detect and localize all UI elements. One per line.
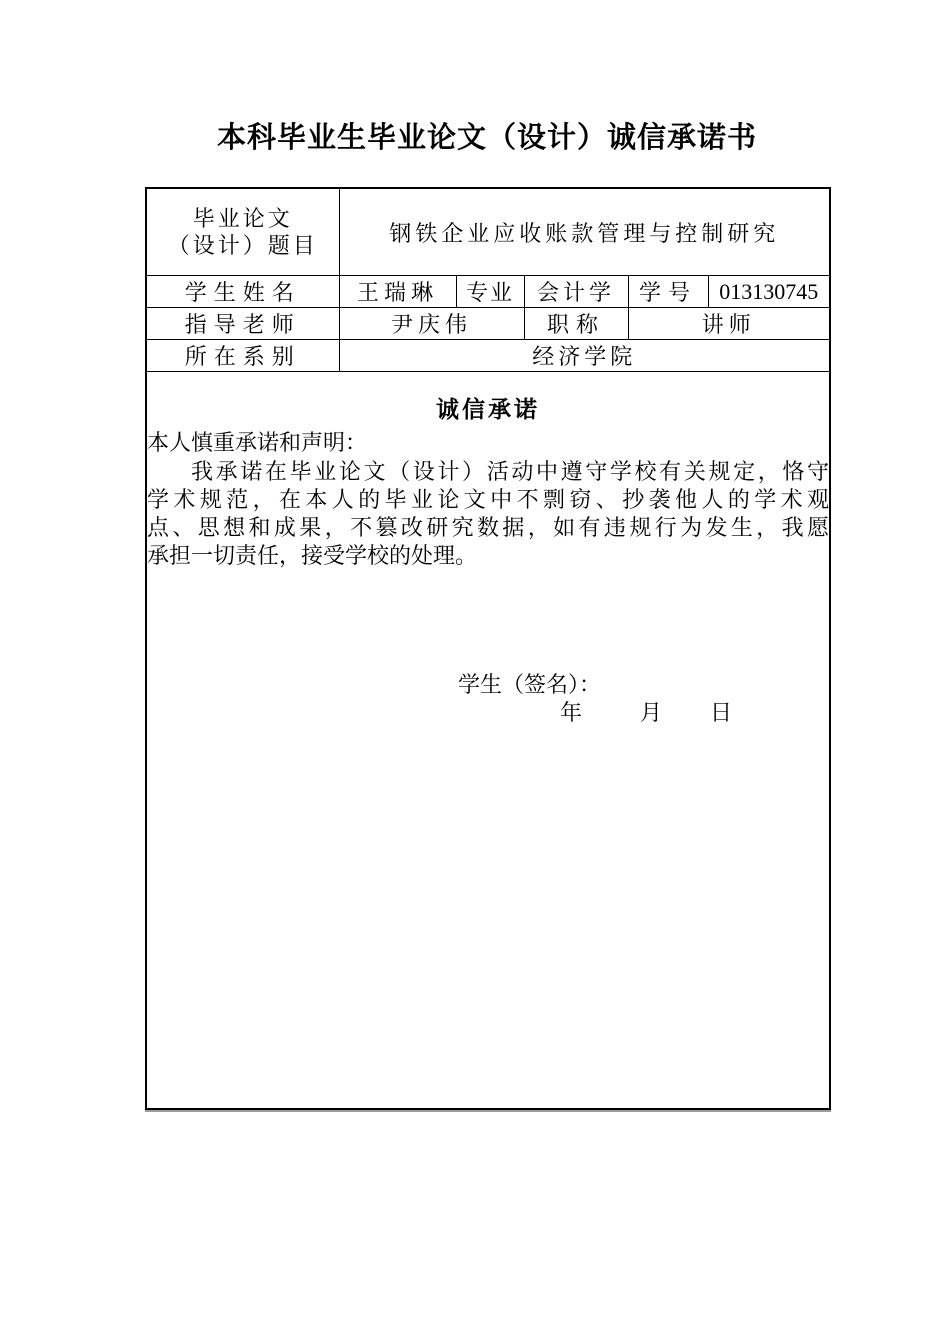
advisor-title-value: 讲师 [628,308,830,340]
student-signature-label: 学生（签名）： [458,672,601,697]
advisor-row: 指导老师 尹庆伟 职称 讲师 [146,308,830,340]
signature-date-line: 年月日 [147,699,829,727]
major-label: 专业 [456,276,524,308]
commitment-heading: 诚信承诺 [147,397,829,423]
document-page: 本科毕业生毕业论文（设计）诚信承诺书 毕业论文 （设计）题目 钢铁企业应收账款管… [0,0,950,1344]
major-value: 会计学 [524,276,628,308]
commitment-cell: 诚信承诺 本人慎重承诺和声明： 我承诺在毕业论文（设计）活动中遵守学校有关规定，… [146,372,830,1110]
commitment-text-line: 我承诺在毕业论文（设计）活动中遵守学校有关规定，恪守 [147,458,829,486]
commitment-intro: 本人慎重承诺和声明： [147,428,829,458]
thesis-title-label-line2: （设计）题目 [147,232,339,259]
department-row: 所在系别 经济学院 [146,340,830,372]
page-title: 本科毕业生毕业论文（设计）诚信承诺书 [145,121,829,155]
advisor-value: 尹庆伟 [339,308,524,340]
student-name-value: 王瑞琳 [339,276,456,308]
department-value: 经济学院 [339,340,830,372]
thesis-title-row: 毕业论文 （设计）题目 钢铁企业应收账款管理与控制研究 [146,188,830,276]
advisor-label: 指导老师 [146,308,339,340]
student-id-label: 学号 [628,276,708,308]
commitment-text-line: 承担一切责任，接受学校的处理。 [147,542,829,570]
commitment-text-line: 学术规范，在本人的毕业论文中不剽窃、抄袭他人的学术观 [147,486,829,514]
advisor-title-label: 职称 [524,308,628,340]
department-label: 所在系别 [146,340,339,372]
student-row: 学生姓名 王瑞琳 专业 会计学 学号 013130745 [146,276,830,308]
year-label: 年 [560,700,582,725]
commitment-text-line: 点、思想和成果，不篡改研究数据，如有违规行为发生，我愿 [147,514,829,542]
student-id-value: 013130745 [708,276,830,308]
thesis-title-label-cell: 毕业论文 （设计）题目 [146,188,339,276]
document-content: 本科毕业生毕业论文（设计）诚信承诺书 毕业论文 （设计）题目 钢铁企业应收账款管… [145,0,829,1110]
student-signature-line: 学生（签名）： [147,671,829,699]
commitment-info-table: 毕业论文 （设计）题目 钢铁企业应收账款管理与控制研究 学生姓名 王瑞琳 专业 … [145,187,831,1110]
commitment-row: 诚信承诺 本人慎重承诺和声明： 我承诺在毕业论文（设计）活动中遵守学校有关规定，… [146,372,830,1110]
day-label: 日 [710,700,732,725]
student-name-label: 学生姓名 [146,276,339,308]
month-label: 月 [640,700,662,725]
thesis-title-label-line1: 毕业论文 [147,205,339,232]
thesis-title-value: 钢铁企业应收账款管理与控制研究 [339,188,830,276]
